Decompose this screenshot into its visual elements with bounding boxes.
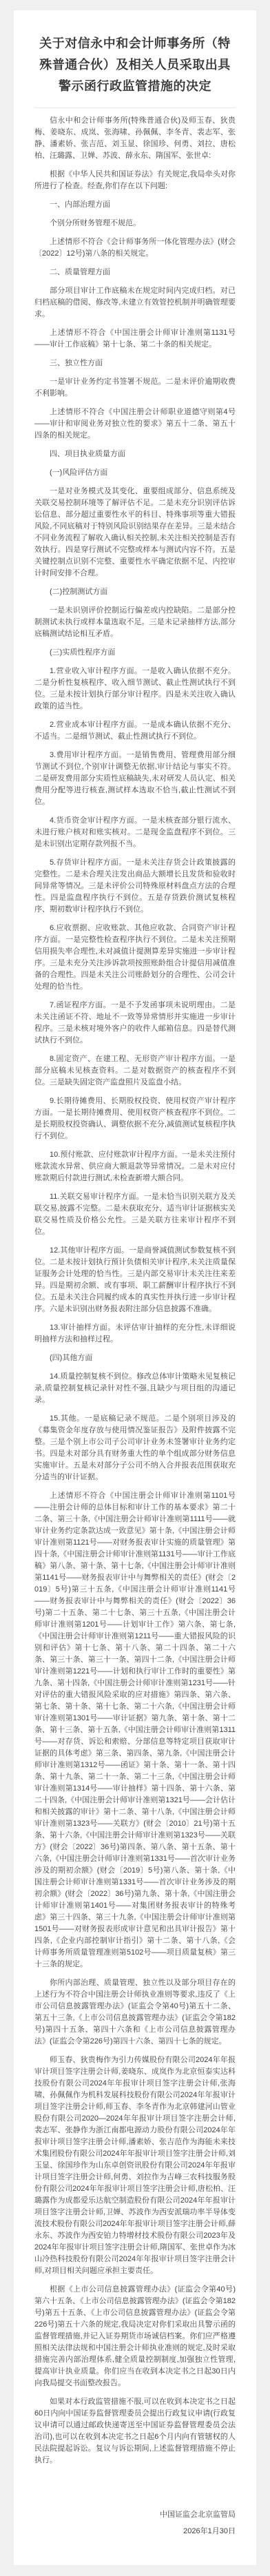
paragraph: 上述情形不符合《中国注册会计师审计准则第1131号——审计工作底稿》第十七条、第… <box>34 327 236 351</box>
paragraph: 根据《上市公司信息披露管理办法》(证监会令第40号)第六十五条、《上市公司信息披… <box>34 2284 236 2389</box>
paragraph: 5.存货审计程序方面。一是未关注存货会计政策披露的完整性。二是未合理关注发出商品… <box>34 857 236 916</box>
paragraph: 三、独立性方面 <box>34 358 236 369</box>
paragraph: 9.长期待摊费用、长期股权投资、使用权资产审计程序方面。一是长期待摊费用、使用权… <box>34 1095 236 1142</box>
paragraph: 一、内部治理方面 <box>34 199 236 211</box>
paragraph: (一)风险评估方面 <box>34 467 236 479</box>
paragraph: 你所内部治理、质量管理、独立性以及部分项目存在的上述行为不符合中国注册会计师执业… <box>34 1977 236 2048</box>
paragraph: 二、质量管理方面 <box>34 267 236 278</box>
paragraph: 部分项目审计工作底稿未在规定时间内完成归档。对已归档底稿的借阅、修改等,未建立有… <box>34 285 236 320</box>
paragraph: 师玉春、狄贵梅作为引力传媒股份有限公司2024年年报审计项目签字注册会计师,姜晓… <box>34 2054 236 2277</box>
document-body: 信永中和会计师事务所(特殊普通合伙)及师玉春、狄贵梅、姜晓东、成岚、张海啸、孙佩… <box>34 115 236 2466</box>
paragraph: 13.审计抽样方面。未评估审计抽样的充分性,未详细说明抽样方法和抽样过程。 <box>34 1322 236 1346</box>
paragraph: 14.质量控制复核不到位。修改总体审计策略未见复核记录,质量控制复核记录针对性不… <box>34 1371 236 1406</box>
title-divider <box>34 107 236 108</box>
signature-date: 2026年1月30日 <box>34 2526 236 2537</box>
paragraph: 上述情形不符合《中国注册会计师审计准则第1101号——注册会计师的总体目标和审计… <box>34 1490 236 1970</box>
paragraph: 一是对业务模式及其变化、重要组成部分、信息系统及关联交易控制环境等了解评估不足。… <box>34 486 236 579</box>
document-card: 关于对信永中和会计师事务所（特殊普通合伙）及相关人员采取出具警示函行政监管措施的… <box>14 10 256 2565</box>
paragraph: 一是审计业务约定书签署不规范。二是未评价逾期收费不利影响。 <box>34 376 236 400</box>
paragraph: 个别分所财务管理不规范。 <box>34 218 236 229</box>
signature-authority: 中国证监会北京监管局 <box>34 2509 236 2521</box>
paragraph: 信永中和会计师事务所(特殊普通合伙)及师玉春、狄贵梅、姜晓东、成岚、张海啸、孙佩… <box>34 115 236 162</box>
paragraph: 6.应收票据、应收账款、其他应收款、合同资产审计程序方面。一是完整性检查程序执行… <box>34 923 236 993</box>
paragraph: 上述情形不符合《中国注册会计师职业道德守则第4号——审计和审阅业务对独立性的要求… <box>34 406 236 442</box>
paragraph: 2.营业成本审计程序方面。一是成本确认依据不充分、不适当。二是细节测试、截止性测… <box>34 719 236 743</box>
paragraph: 一是未识别评价控制运行偏差或内控缺陷。二是部分控制测试未执行或样本量选取不足。三… <box>34 605 236 640</box>
paragraph: 如果对本行政监管措施不服,可以在收到本决定书之日起60日内向中国证券监督管理委员… <box>34 2396 236 2466</box>
paragraph: 3.费用审计程序方面。一是销售费用、管理费用部分细节测试不到位,个别审计调整无依… <box>34 750 236 808</box>
paragraph: 8.固定资产、在建工程、无形资产审计程序方面。一是部分底稿未见核查资料。二是对数… <box>34 1053 236 1089</box>
document-title: 关于对信永中和会计师事务所（特殊普通合伙）及相关人员采取出具警示函行政监管措施的… <box>34 33 236 97</box>
paragraph: 4.货币资金审计程序方面。一是未核查部分银行流水、未进行账户核对和账实核对。二是… <box>34 815 236 850</box>
paragraph: 根据《中华人民共和国证券法》有关规定,我局牵头对你所进行了检查。经查,你们存在以… <box>34 169 236 192</box>
paragraph: 四、项目执业质量方面 <box>34 449 236 460</box>
paragraph: 12.其他审计程序方面。一是商誉减值测试参数复核不到位。二是未按计划执行预计负债… <box>34 1245 236 1315</box>
paragraph: 10.预付账款、应付账款审计程序方面。一是未关注预付账款流水异常、供应商大额退款… <box>34 1149 236 1184</box>
paragraph: (四)其他方面 <box>34 1352 236 1364</box>
signature-block: 中国证监会北京监管局 2026年1月30日 <box>34 2509 236 2537</box>
paragraph: (三)实质性程序方面 <box>34 647 236 659</box>
paragraph: 上述情形不符合《会计师事务所一体化管理办法》(财会〔2022〕12号)第八条的相… <box>34 236 236 260</box>
paragraph: 1.营业收入审计程序方面。一是收入确认依据不充分。二是分析性复核程序、收入细节测… <box>34 666 236 712</box>
paragraph: (二)控制测试方面 <box>34 586 236 598</box>
paragraph: 15.其他。一是底稿记录不规范。二是个别项目涉及的《募集资金年度存放与使用情况鉴… <box>34 1413 236 1483</box>
paragraph: 7.函证程序方面。一是不予发函事项未说明理由。二是未关注函证不符、地址不一致等异… <box>34 1000 236 1047</box>
paragraph: 11.关联交易审计程序方面。一是未恰当识别关联方及关联交易,披露不完整。二是未获… <box>34 1191 236 1238</box>
